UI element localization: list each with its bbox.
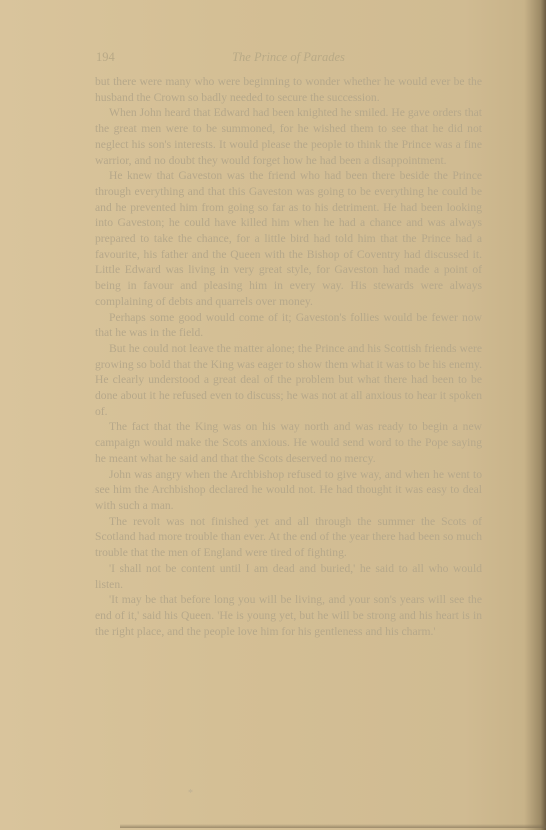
- paragraph: But he could not leave the matter alone;…: [95, 341, 482, 420]
- paragraph: 'I shall not be content until I am dead …: [95, 561, 482, 592]
- paragraph: When John heard that Edward had been kni…: [95, 105, 482, 168]
- running-title: The Prince of Parades: [96, 50, 481, 65]
- paragraph: Perhaps some good would come of it; Gave…: [95, 310, 482, 341]
- paragraph: The revolt was not finished yet and all …: [95, 514, 482, 561]
- body-text: but there were many who were beginning t…: [95, 74, 482, 639]
- paragraph: John was angry when the Archbishop refus…: [95, 467, 482, 514]
- running-header: 194 The Prince of Parades: [96, 50, 481, 66]
- paragraph: He knew that Gaveston was the friend who…: [95, 168, 482, 309]
- paragraph: but there were many who were beginning t…: [95, 74, 482, 105]
- page-mark: *: [188, 788, 193, 799]
- scanned-page: 194 The Prince of Parades but there were…: [0, 0, 546, 830]
- paragraph: The fact that the King was on his way no…: [95, 419, 482, 466]
- paragraph: 'It may be that before long you will be …: [95, 592, 482, 639]
- page-edge-shadow: [120, 824, 546, 828]
